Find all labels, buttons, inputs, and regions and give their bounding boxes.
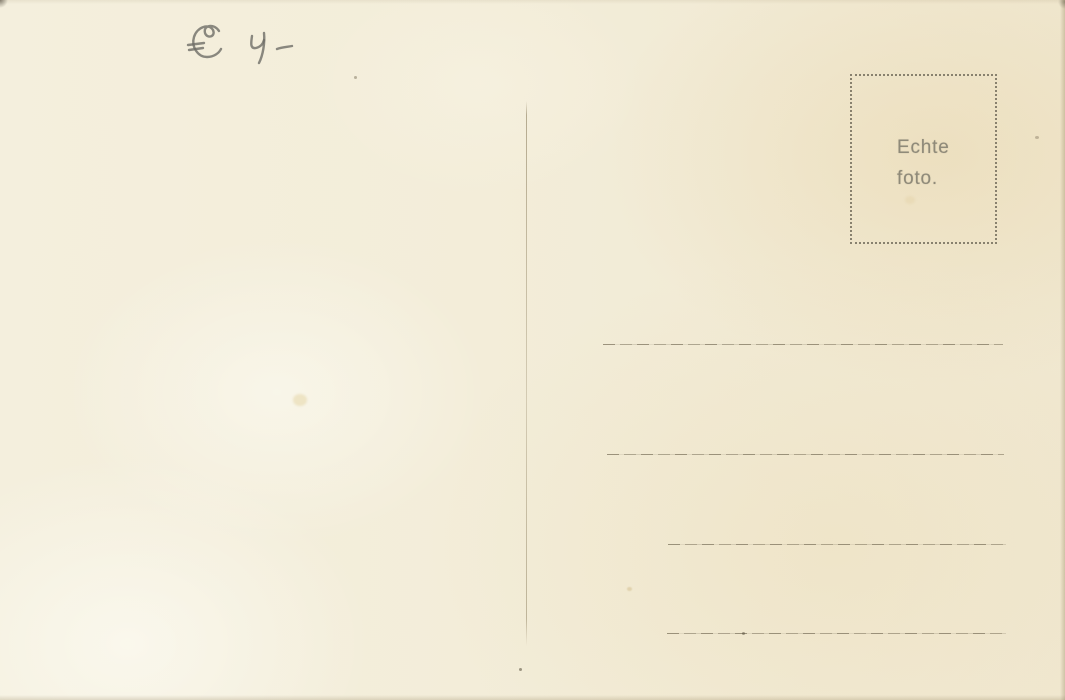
paper-stain (627, 587, 632, 591)
euro-bar-top (188, 43, 204, 45)
paper-speck (519, 668, 522, 671)
paper-stain (293, 394, 307, 406)
price-dash (277, 46, 292, 49)
address-line (607, 454, 1004, 455)
euro-glyph (193, 26, 221, 57)
paper-speck (354, 76, 357, 79)
stamp-box-label-line2: foto. (897, 163, 950, 194)
stamp-box: Echte foto. (850, 74, 997, 244)
paper-speck (1035, 136, 1039, 139)
postcard-photo: Echte foto. (0, 0, 1065, 700)
stamp-box-label-line1: Echte (897, 132, 950, 163)
address-line (603, 344, 1003, 345)
euro-bar-bottom (189, 48, 203, 50)
address-line (668, 544, 1006, 545)
divider-line (526, 101, 527, 646)
stamp-box-label: Echte foto. (897, 132, 950, 194)
four-descender (259, 33, 264, 63)
address-line (667, 633, 1006, 634)
postcard-back: Echte foto. (0, 0, 1065, 700)
paper-stain (905, 196, 915, 204)
paper-speck (742, 632, 745, 635)
four-glyph (251, 36, 264, 48)
